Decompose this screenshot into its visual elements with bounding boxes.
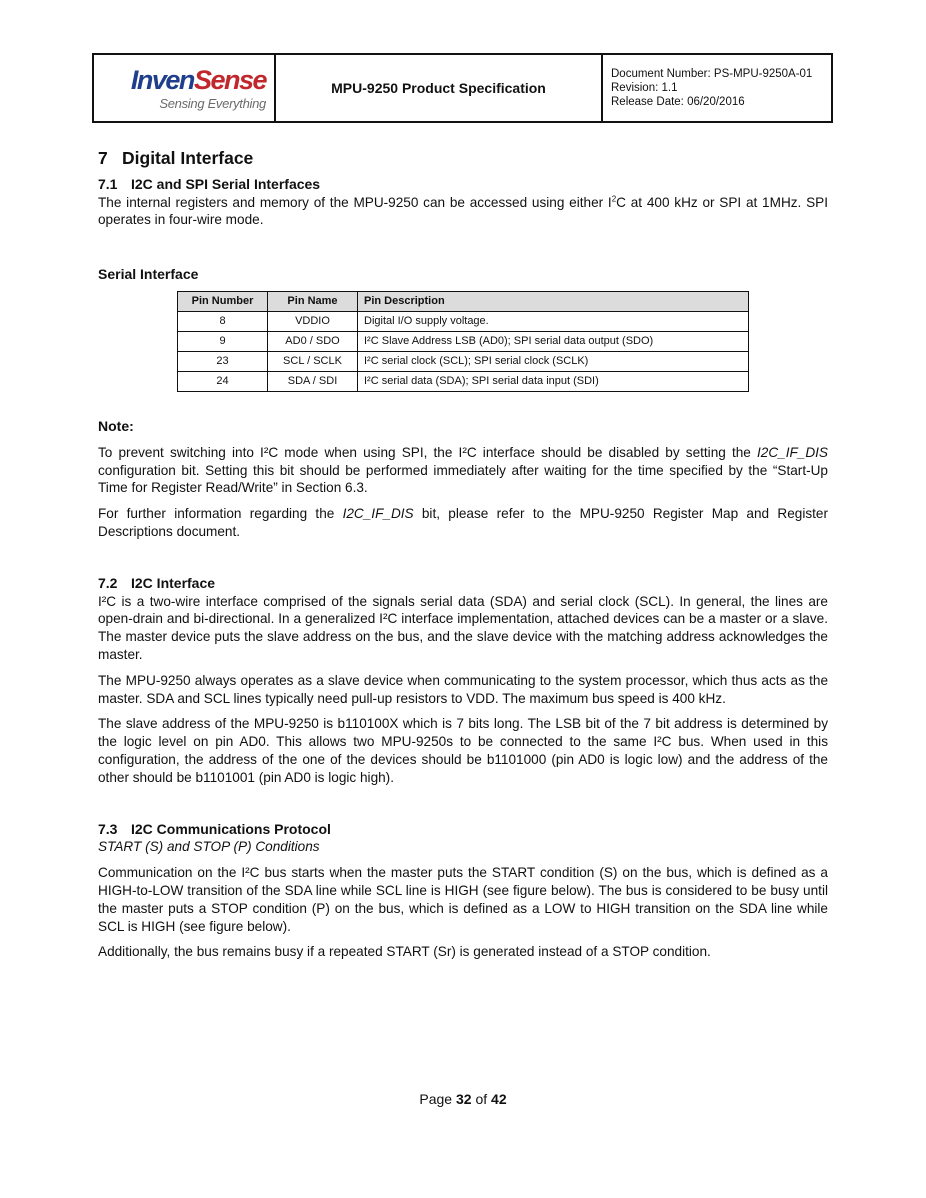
pin-name: SCL / SCLK xyxy=(268,351,358,371)
paragraph: Additionally, the bus remains busy if a … xyxy=(98,943,828,961)
text-run: I² xyxy=(364,375,371,387)
current-page: 32 xyxy=(456,1091,472,1107)
section-title: I2C and SPI Serial Interfaces xyxy=(131,176,320,192)
release-date: Release Date: 06/20/2016 xyxy=(611,95,745,109)
pin-number: 8 xyxy=(178,311,268,331)
section-title: Digital Interface xyxy=(122,148,253,168)
column-header: Pin Number xyxy=(178,291,268,311)
pin-description: I²C serial data (SDA); SPI serial data i… xyxy=(358,371,749,391)
document-meta: Document Number: PS-MPU-9250A-01 Revisio… xyxy=(603,55,831,121)
logo-part2: Sense xyxy=(194,65,266,95)
serial-interface-heading: Serial Interface xyxy=(98,266,828,284)
pin-number: 24 xyxy=(178,371,268,391)
pin-number: 23 xyxy=(178,351,268,371)
section-heading-7-3: 7.3I2C Communications Protocol xyxy=(98,821,828,839)
text-run: To prevent switching into I²C mode when … xyxy=(98,445,757,460)
text-run: configuration bit. Setting this bit shou… xyxy=(98,463,828,496)
section-heading-7-1: 7.1I2C and SPI Serial Interfaces xyxy=(98,176,828,194)
text-run: The internal registers and memory of the… xyxy=(98,195,612,210)
pin-table: Pin Number Pin Name Pin Description 8 VD… xyxy=(177,291,749,392)
logo-wordmark: InvenSense xyxy=(131,66,266,94)
register-bit-name: I2C_IF_DIS xyxy=(757,445,828,460)
column-header: Pin Description xyxy=(358,291,749,311)
section-heading-7-2: 7.2I2C Interface xyxy=(98,575,828,593)
page-content: 7Digital Interface 7.1I2C and SPI Serial… xyxy=(98,150,828,961)
document-number: Document Number: PS-MPU-9250A-01 xyxy=(611,67,812,81)
paragraph: Communication on the I²C bus starts when… xyxy=(98,864,828,935)
section-title: I2C Communications Protocol xyxy=(131,821,331,837)
table-row: 24 SDA / SDI I²C serial data (SDA); SPI … xyxy=(178,371,749,391)
page-of: of xyxy=(472,1091,491,1107)
text-run: I² xyxy=(364,335,371,347)
document-header: InvenSense Sensing Everything MPU-9250 P… xyxy=(92,53,833,123)
document-title: MPU-9250 Product Specification xyxy=(276,55,603,121)
pin-description: I²C Slave Address LSB (AD0); SPI serial … xyxy=(358,331,749,351)
section-number: 7 xyxy=(98,150,122,168)
pin-description: I²C serial clock (SCL); SPI serial clock… xyxy=(358,351,749,371)
text-run: C Slave Address LSB (AD0); SPI serial da… xyxy=(371,335,653,347)
total-pages: 42 xyxy=(491,1091,507,1107)
pin-name: AD0 / SDO xyxy=(268,331,358,351)
pin-name: SDA / SDI xyxy=(268,371,358,391)
register-bit-name: I2C_IF_DIS xyxy=(343,506,414,521)
text-run: Digital I/O supply voltage. xyxy=(364,315,489,327)
column-header: Pin Name xyxy=(268,291,358,311)
section-heading-7: 7Digital Interface xyxy=(98,150,828,168)
table-row: 9 AD0 / SDO I²C Slave Address LSB (AD0);… xyxy=(178,331,749,351)
table-row: 8 VDDIO Digital I/O supply voltage. xyxy=(178,311,749,331)
page-footer: Page 32 of 42 xyxy=(0,1091,926,1107)
logo-tagline: Sensing Everything xyxy=(159,96,266,111)
page-label: Page xyxy=(419,1091,456,1107)
pin-number: 9 xyxy=(178,331,268,351)
text-run: C serial data (SDA); SPI serial data inp… xyxy=(371,375,599,387)
paragraph: The MPU-9250 always operates as a slave … xyxy=(98,672,828,708)
paragraph: To prevent switching into I²C mode when … xyxy=(98,444,828,497)
text-run: For further information regarding the xyxy=(98,506,343,521)
subsection-title: START (S) and STOP (P) Conditions xyxy=(98,838,828,856)
text-run: C serial clock (SCL); SPI serial clock (… xyxy=(371,355,589,367)
revision: Revision: 1.1 xyxy=(611,81,677,95)
table-header-row: Pin Number Pin Name Pin Description xyxy=(178,291,749,311)
note-heading: Note: xyxy=(98,418,828,436)
company-logo: InvenSense Sensing Everything xyxy=(94,55,276,121)
pin-name: VDDIO xyxy=(268,311,358,331)
section-number: 7.3 xyxy=(98,821,131,839)
section-title: I2C Interface xyxy=(131,575,215,591)
pin-description: Digital I/O supply voltage. xyxy=(358,311,749,331)
paragraph: The slave address of the MPU-9250 is b11… xyxy=(98,715,828,786)
logo-part1: Inven xyxy=(131,65,194,95)
section-number: 7.2 xyxy=(98,575,131,593)
table-row: 23 SCL / SCLK I²C serial clock (SCL); SP… xyxy=(178,351,749,371)
paragraph: I²C is a two-wire interface comprised of… xyxy=(98,593,828,664)
paragraph: For further information regarding the I2… xyxy=(98,505,828,541)
paragraph: The internal registers and memory of the… xyxy=(98,194,828,230)
text-run: I² xyxy=(364,355,371,367)
section-number: 7.1 xyxy=(98,176,131,194)
